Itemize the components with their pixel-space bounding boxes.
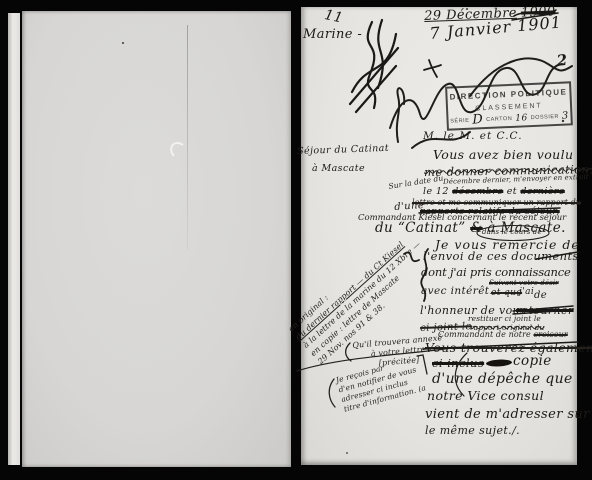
book-edge-strip [8, 13, 20, 465]
struck-body-line: Vous trouverez également [425, 342, 592, 355]
body-line: dont j'ai pris connaissance [421, 267, 571, 279]
stamp-serie-label: SÉRIE [450, 117, 469, 124]
scanned-letter-page: 11 Marine - 29 Décembre1900 7 Janvier 19… [0, 0, 592, 480]
body-line: l'envoi de ces documents [423, 251, 579, 263]
body-line: avec intérêt. [421, 286, 493, 297]
body-word: j'ai [519, 288, 534, 297]
struck-word: décembre [452, 186, 503, 197]
stamp-title: DIRECTION POLITIQUE [449, 88, 567, 102]
subject-note-line2: à Mascate [312, 164, 365, 174]
body-text: et [503, 186, 520, 197]
interline-insertion: restituer ci joint le [468, 315, 541, 323]
body-text: du “Catinat” [375, 220, 470, 236]
registry-stamp: DIRECTION POLITIQUE CLASSEMENT SÉRIE D C… [445, 81, 573, 130]
page-crease [187, 25, 188, 250]
stamp-dossier-label: DOSSIER [531, 113, 560, 120]
body-word: copie [513, 355, 552, 369]
body-line: vient de m'adresser sur [425, 408, 590, 421]
circled-insertion: dans le cours de [482, 229, 542, 236]
body-line: Vous avez bien voulu [433, 149, 573, 162]
struck-interline: Suivant votre désir [489, 280, 559, 287]
margin-check-mark: 11 [323, 8, 344, 26]
struck-words: et que [491, 289, 522, 298]
salutation: M. le M. et C.C. [423, 131, 523, 142]
stamp-serie-value: D [472, 117, 483, 123]
stamp-fields: SÉRIE D CARTON 16 DOSSIER 3 [450, 113, 568, 124]
body-line: d'une dépêche que [432, 372, 573, 386]
left-page [22, 11, 291, 467]
struck-word: croiseur [534, 330, 568, 339]
stamp-carton-value: 16 [515, 115, 528, 122]
page-number-note: 2 [556, 53, 568, 69]
struck-word: & [470, 220, 482, 236]
department-note: Marine - [303, 28, 362, 41]
body-text: le 12 [423, 186, 452, 197]
stamp-carton-label: CARTON [486, 116, 512, 123]
stamp-subtitle: CLASSEMENT [475, 103, 543, 113]
body-line: le même sujet./. [425, 425, 520, 436]
stamp-dossier-value: 3 [562, 113, 569, 119]
struck-words: ci-joint le [420, 322, 472, 334]
struck-word: ci-inclus [432, 358, 484, 370]
edited-body-line: le 12 décembre et dernière [423, 187, 565, 197]
struck-word: dernière [520, 186, 564, 197]
body-line: notre Vice consul [427, 390, 544, 403]
body-word: de [534, 291, 547, 301]
